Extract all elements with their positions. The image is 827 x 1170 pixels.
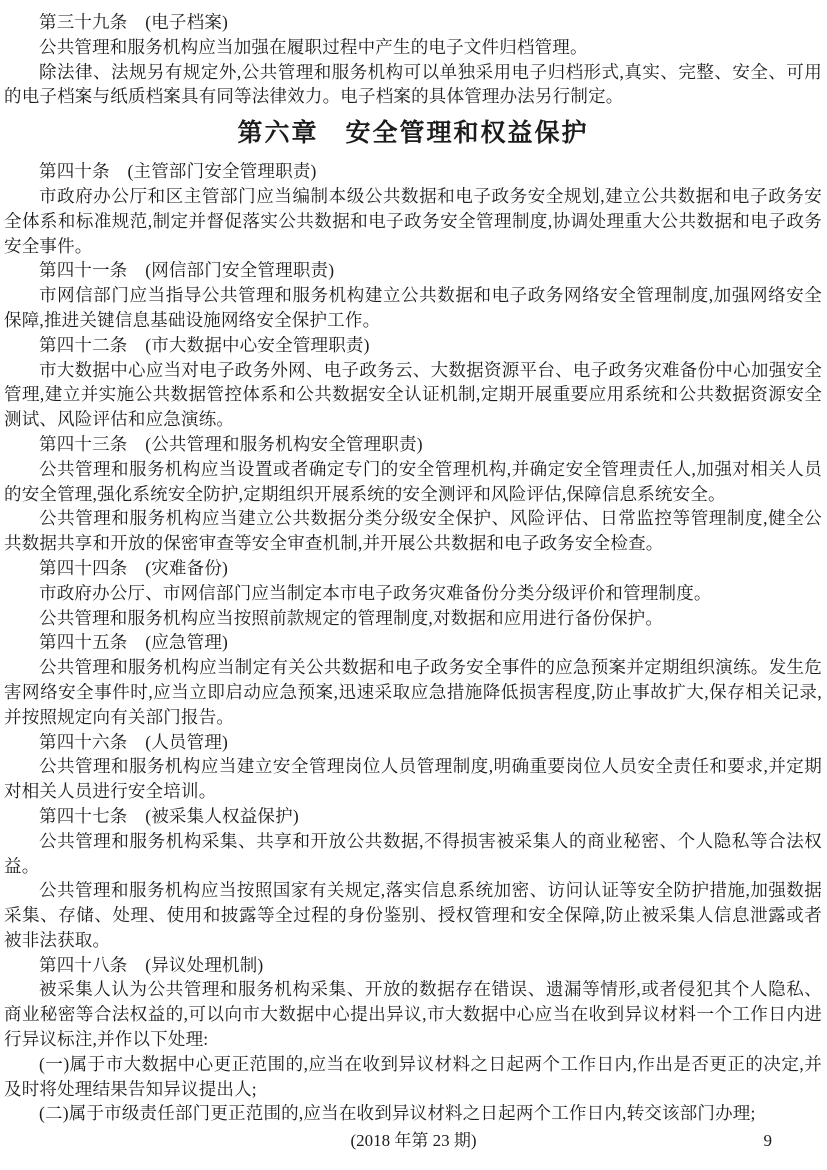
body-paragraph: 公共管理和服务机构应当加强在履职过程中产生的电子文件归档管理。 — [4, 35, 822, 60]
body-paragraph: 公共管理和服务机构应当设置或者确定专门的安全管理机构,并确定安全管理责任人,加强… — [4, 457, 822, 507]
article-heading: 第四十条 (主管部门安全管理职责) — [4, 159, 822, 184]
body-paragraph: 市大数据中心应当对电子政务外网、电子政务云、大数据资源平台、电子政务灾难备份中心… — [4, 358, 822, 432]
body-paragraph: (一)属于市大数据中心更正范围的,应当在收到异议材料之日起两个工作日内,作出是否… — [4, 1052, 822, 1102]
body-paragraph: 公共管理和服务机构应当建立安全管理岗位人员管理制度,明确重要岗位人员安全责任和要… — [4, 754, 822, 804]
body-paragraph: 公共管理和服务机构应当制定有关公共数据和电子政务安全事件的应急预案并定期组织演练… — [4, 655, 822, 729]
article-heading: 第四十四条 (灾难备份) — [4, 556, 822, 581]
article-heading: 第四十六条 (人员管理) — [4, 730, 822, 755]
body-paragraph: 市网信部门应当指导公共管理和服务机构建立公共数据和电子政务网络安全管理制度,加强… — [4, 283, 822, 333]
body-paragraph: 市政府办公厅、市网信部门应当制定本市电子政务灾难备份分类分级评价和管理制度。 — [4, 581, 822, 606]
page-footer: (2018 年第 23 期) 9 — [0, 1128, 827, 1154]
issue-label: (2018 年第 23 期) — [0, 1128, 827, 1154]
article-heading: 第四十三条 (公共管理和服务机构安全管理职责) — [4, 432, 822, 457]
article-heading: 第四十五条 (应急管理) — [4, 630, 822, 655]
article-heading: 第四十七条 (被采集人权益保护) — [4, 804, 822, 829]
chapter-heading: 第六章 安全管理和权益保护 — [4, 117, 822, 151]
article-heading: 第四十八条 (异议处理机制) — [4, 953, 822, 978]
body-paragraph: (二)属于市级责任部门更正范围的,应当在收到异议材料之日起两个工作日内,转交该部… — [4, 1101, 822, 1126]
body-paragraph: 市政府办公厅和区主管部门应当编制本级公共数据和电子政务安全规划,建立公共数据和电… — [4, 184, 822, 258]
body-paragraph: 公共管理和服务机构应当建立公共数据分类分级安全保护、风险评估、日常监控等管理制度… — [4, 506, 822, 556]
body-paragraph: 公共管理和服务机构采集、共享和开放公共数据,不得损害被采集人的商业秘密、个人隐私… — [4, 829, 822, 879]
body-paragraph: 公共管理和服务机构应当按照前款规定的管理制度,对数据和应用进行备份保护。 — [4, 606, 822, 631]
body-paragraph: 公共管理和服务机构应当按照国家有关规定,落实信息系统加密、访问认证等安全防护措施… — [4, 878, 822, 952]
page-number: 9 — [764, 1128, 773, 1154]
body-paragraph: 除法律、法规另有规定外,公共管理和服务机构可以单独采用电子归档形式,真实、完整、… — [4, 60, 822, 110]
article-heading: 第三十九条 (电子档案) — [4, 10, 822, 35]
document-page: 第三十九条 (电子档案)公共管理和服务机构应当加强在履职过程中产生的电子文件归档… — [0, 0, 827, 1170]
article-heading: 第四十二条 (市大数据中心安全管理职责) — [4, 333, 822, 358]
body-paragraph: 被采集人认为公共管理和服务机构采集、开放的数据存在错误、遗漏等情形,或者侵犯其个… — [4, 977, 822, 1051]
document-body: 第三十九条 (电子档案)公共管理和服务机构应当加强在履职过程中产生的电子文件归档… — [4, 10, 822, 1126]
article-heading: 第四十一条 (网信部门安全管理职责) — [4, 258, 822, 283]
